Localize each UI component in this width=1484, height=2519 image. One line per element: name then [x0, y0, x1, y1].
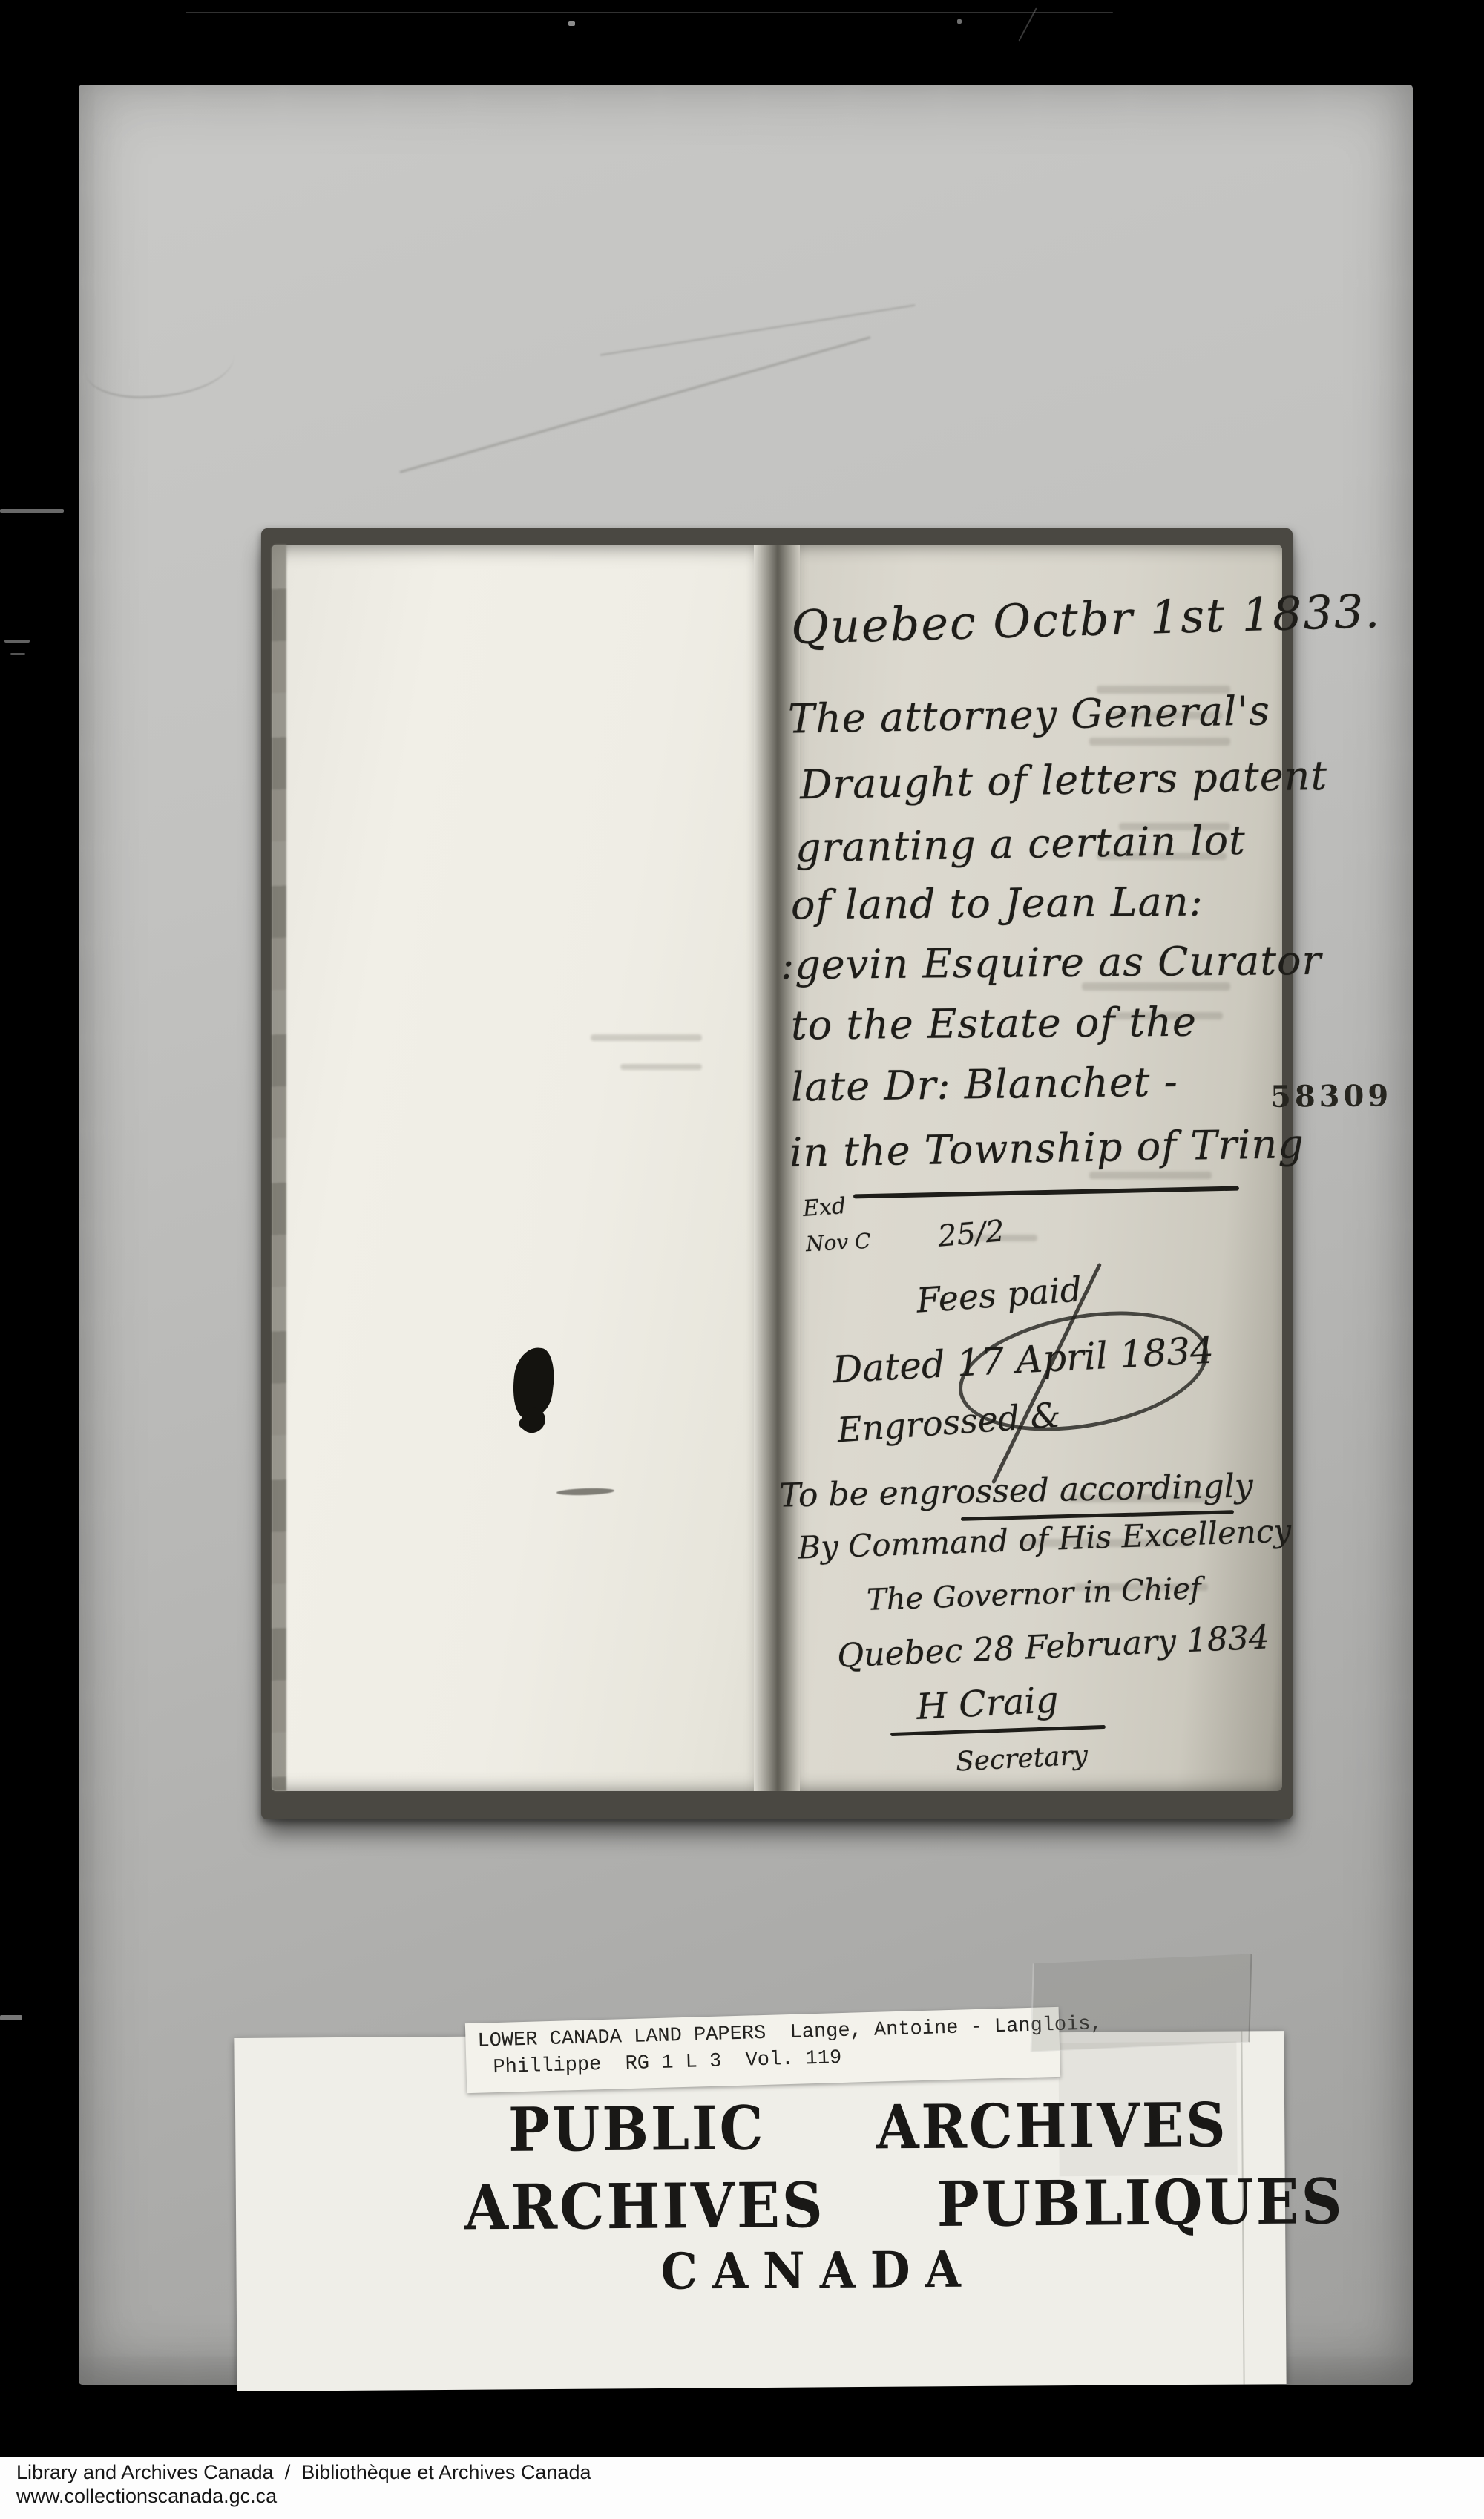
microfilm-scan: 58309 Quebec Octbr 1st 1833. The attorne… — [0, 0, 1484, 2519]
manuscript-line: Draught of letters patent — [800, 752, 1328, 808]
adhesive-tape — [1031, 1954, 1252, 2052]
bleed-through-mark — [1089, 1172, 1212, 1179]
bleed-through-mark — [620, 1064, 702, 1070]
film-scratch — [4, 640, 30, 643]
registry-number-stamp: 58309 — [1270, 1078, 1393, 1114]
pencil-scribble — [86, 329, 234, 398]
manuscript-line: of land to Jean Lan: — [791, 878, 1204, 929]
card-title-fr: ARCHIVES PUBLIQUES — [464, 2165, 1345, 2244]
bleed-through-mark — [1089, 738, 1230, 746]
secretary-signature: H Craig — [916, 1679, 1060, 1728]
ink-streak — [556, 1488, 614, 1497]
annotation-fraction: 25/2 — [936, 1214, 1005, 1254]
annotation-nov: Nov C — [805, 1229, 871, 1257]
left-page-blank — [272, 545, 754, 1791]
film-scratch — [10, 653, 25, 655]
card-title-en: PUBLIC ARCHIVES — [508, 2090, 1228, 2165]
manuscript-line: to the Estate of the — [791, 999, 1197, 1049]
pencil-scribble — [600, 304, 915, 355]
caption-url: www.collectionscanada.gc.ca — [16, 2485, 277, 2508]
film-scratch — [957, 19, 962, 24]
manuscript-line: in the Township of Tring — [789, 1120, 1305, 1176]
reference-label-line2: Phillippe RG 1 L 3 Vol. 119 — [493, 2047, 842, 2079]
manuscript-line: late Dr: Blanchet - — [791, 1058, 1179, 1110]
annotation-exd: Exd — [802, 1193, 847, 1222]
caption-strip: Library and Archives Canada / Bibliothèq… — [0, 2457, 1484, 2519]
page-deckle-edge — [272, 545, 286, 1791]
film-scratch — [0, 509, 64, 513]
pencil-scribble — [399, 336, 870, 473]
bleed-through-mark — [591, 1034, 702, 1041]
ink-blot — [509, 1345, 557, 1421]
film-scratch — [0, 2015, 22, 2020]
film-scratch — [568, 21, 575, 26]
card-title-canada: CANADA — [660, 2240, 976, 2301]
manuscript-line: :gevin Esquire as Curator — [781, 937, 1322, 988]
manuscript-line: The attorney General's — [787, 687, 1270, 742]
manuscript-line: granting a certain lot — [795, 817, 1246, 872]
film-scratch — [185, 12, 1113, 13]
caption-institution: Library and Archives Canada / Bibliothèq… — [16, 2461, 591, 2484]
